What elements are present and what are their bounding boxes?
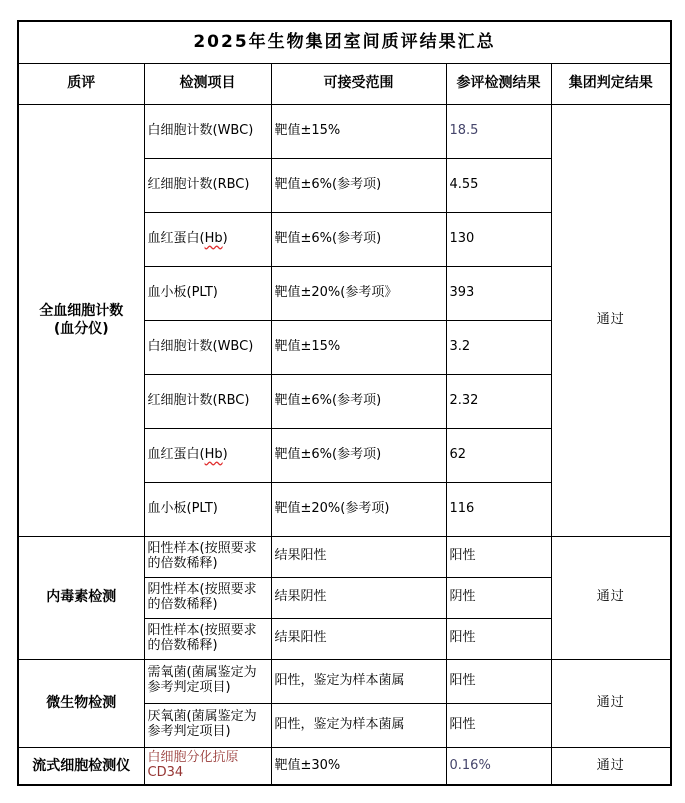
item-cell: 阳性样本(按照要求的倍数稀释) (144, 536, 271, 577)
item-cell: 需氧菌(菌属鉴定为参考判定项目) (144, 659, 271, 703)
item-cell: 血小板(PLT) (144, 266, 271, 320)
value-cell: 2.32 (446, 374, 551, 428)
spellcheck-underline-text: Hb (205, 231, 223, 246)
table-header-row: 质评 检测项目 可接受范围 参评检测结果 集团判定结果 (18, 63, 671, 104)
value-cell: 阳性 (446, 659, 551, 703)
range-cell: 靶值±30% (271, 747, 446, 785)
group-cell-flow-cytometry: 流式细胞检测仪 (18, 747, 144, 785)
item-cell: 白细胞分化抗原CD34 (144, 747, 271, 785)
value-cell: 阳性 (446, 536, 551, 577)
judgment-cell: 通过 (551, 659, 671, 747)
col-header-item: 检测项目 (144, 63, 271, 104)
item-cell: 血红蛋白(Hb) (144, 212, 271, 266)
judgment-cell: 通过 (551, 104, 671, 536)
item-text: 血红蛋白( (148, 231, 205, 246)
value-cell: 3.2 (446, 320, 551, 374)
table-row: 微生物检测 需氧菌(菌属鉴定为参考判定项目) 阳性，鉴定为样本菌属 阳性 通过 (18, 659, 671, 703)
group-cell-blood-count: 全血细胞计数 (血分仪) (18, 104, 144, 536)
page-title: 2025年生物集团室间质评结果汇总 (18, 21, 671, 63)
value-cell: 116 (446, 482, 551, 536)
range-cell: 阳性，鉴定为样本菌属 (271, 703, 446, 747)
qc-results-table: 2025年生物集团室间质评结果汇总 质评 检测项目 可接受范围 参评检测结果 集… (17, 20, 672, 786)
item-cell: 血小板(PLT) (144, 482, 271, 536)
item-cell: 阴性样本(按照要求的倍数稀释) (144, 577, 271, 618)
item-text: 血红蛋白( (148, 447, 205, 462)
range-cell: 靶值±20%(参考项》 (271, 266, 446, 320)
item-cell: 红细胞计数(RBC) (144, 374, 271, 428)
range-cell: 靶值±20%(参考项) (271, 482, 446, 536)
col-header-judgment: 集团判定结果 (551, 63, 671, 104)
range-cell: 靶值±15% (271, 104, 446, 158)
range-cell: 结果阴性 (271, 577, 446, 618)
value-cell: 18.5 (446, 104, 551, 158)
range-cell: 靶值±6%(参考项) (271, 374, 446, 428)
range-cell: 靶值±15% (271, 320, 446, 374)
value-cell: 阳性 (446, 703, 551, 747)
value-cell: 130 (446, 212, 551, 266)
judgment-cell: 通过 (551, 536, 671, 659)
group-cell-endotoxin: 内毒素检测 (18, 536, 144, 659)
value-cell: 393 (446, 266, 551, 320)
item-text: ) (223, 231, 228, 246)
document-page: 2025年生物集团室间质评结果汇总 质评 检测项目 可接受范围 参评检测结果 集… (0, 0, 685, 803)
range-cell: 结果阳性 (271, 536, 446, 577)
range-cell: 靶值±6%(参考项) (271, 428, 446, 482)
value-cell: 0.16% (446, 747, 551, 785)
col-header-range: 可接受范围 (271, 63, 446, 104)
item-text: ) (223, 447, 228, 462)
table-row: 2025年生物集团室间质评结果汇总 (18, 21, 671, 63)
range-cell: 结果阳性 (271, 618, 446, 659)
item-cell: 血红蛋白(Hb) (144, 428, 271, 482)
value-cell: 62 (446, 428, 551, 482)
item-cell: 阳性样本(按照要求的倍数稀释) (144, 618, 271, 659)
col-header-result: 参评检测结果 (446, 63, 551, 104)
table-row: 全血细胞计数 (血分仪) 白细胞计数(WBC) 靶值±15% 18.5 通过 (18, 104, 671, 158)
item-cell: 白细胞计数(WBC) (144, 104, 271, 158)
item-cell: 白细胞计数(WBC) (144, 320, 271, 374)
judgment-cell: 通过 (551, 747, 671, 785)
value-cell: 阴性 (446, 577, 551, 618)
col-header-quality: 质评 (18, 63, 144, 104)
table-row: 流式细胞检测仪 白细胞分化抗原CD34 靶值±30% 0.16% 通过 (18, 747, 671, 785)
table-row: 内毒素检测 阳性样本(按照要求的倍数稀释) 结果阳性 阳性 通过 (18, 536, 671, 577)
range-cell: 靶值±6%(参考项) (271, 158, 446, 212)
value-cell: 阳性 (446, 618, 551, 659)
range-cell: 靶值±6%(参考项) (271, 212, 446, 266)
item-cell: 厌氧菌(菌属鉴定为参考判定项目) (144, 703, 271, 747)
group-cell-microbiology: 微生物检测 (18, 659, 144, 747)
range-cell: 阳性，鉴定为样本菌属 (271, 659, 446, 703)
item-cell: 红细胞计数(RBC) (144, 158, 271, 212)
value-cell: 4.55 (446, 158, 551, 212)
spellcheck-underline-text: Hb (205, 447, 223, 462)
